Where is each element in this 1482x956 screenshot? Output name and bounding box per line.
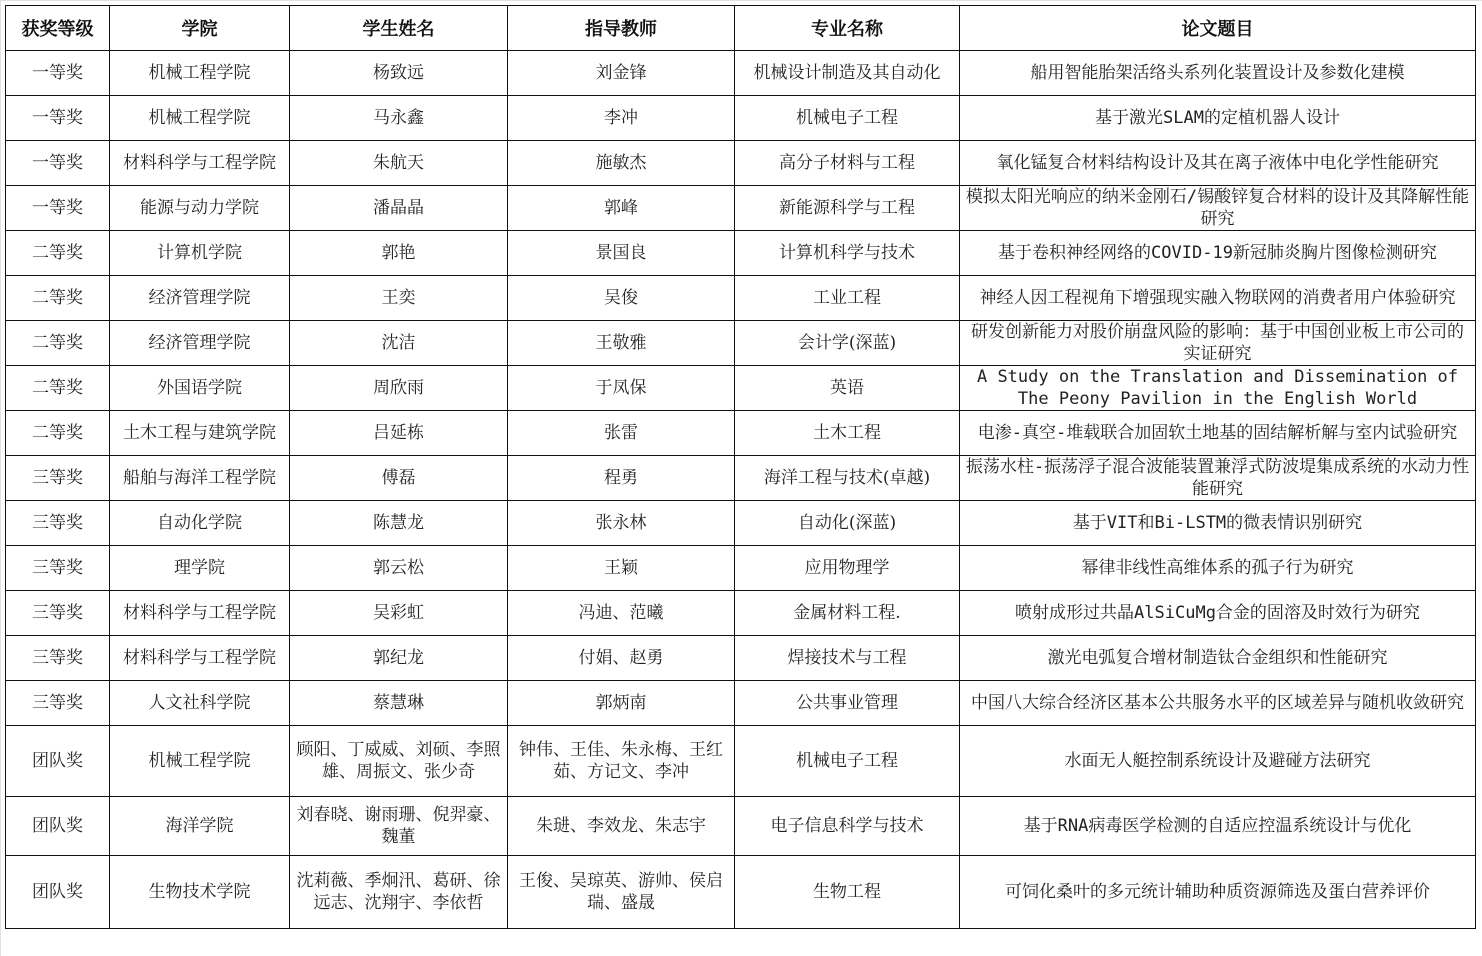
cell-award-level[interactable]: 二等奖: [6, 231, 110, 276]
cell-student-name[interactable]: 郭云松: [290, 546, 508, 591]
cell-student-name[interactable]: 傅磊: [290, 456, 508, 501]
cell-college[interactable]: 能源与动力学院: [110, 186, 290, 231]
cell-award-level[interactable]: 二等奖: [6, 411, 110, 456]
table-row: 三等奖 人文社科学院 蔡慧琳 郭炳南 公共事业管理 中国八大综合经济区基本公共服…: [6, 681, 1476, 726]
table-row: 二等奖 土木工程与建筑学院 吕延栋 张雷 土木工程 电渗-真空-堆载联合加固软土…: [6, 411, 1476, 456]
cell-award-level[interactable]: 三等奖: [6, 681, 110, 726]
cell-advisor[interactable]: 程勇: [508, 456, 735, 501]
cell-thesis-title[interactable]: 水面无人艇控制系统设计及避碰方法研究: [960, 726, 1476, 797]
cell-thesis-title[interactable]: 激光电弧复合增材制造钛合金组织和性能研究: [960, 636, 1476, 681]
table-row: 一等奖 机械工程学院 马永鑫 李冲 机械电子工程 基于激光SLAM的定植机器人设…: [6, 96, 1476, 141]
cell-thesis-title[interactable]: 氧化锰复合材料结构设计及其在离子液体中电化学性能研究: [960, 141, 1476, 186]
cell-thesis-title[interactable]: 基于VIT和Bi-LSTM的微表情识别研究: [960, 501, 1476, 546]
cell-major[interactable]: 生物工程: [735, 856, 960, 929]
cell-major[interactable]: 机械电子工程: [735, 96, 960, 141]
cell-award-level[interactable]: 一等奖: [6, 186, 110, 231]
cell-college[interactable]: 生物技术学院: [110, 856, 290, 929]
cell-major[interactable]: 土木工程: [735, 411, 960, 456]
cell-major[interactable]: 电子信息科学与技术: [735, 797, 960, 856]
cell-major[interactable]: 工业工程: [735, 276, 960, 321]
cell-college[interactable]: 船舶与海洋工程学院: [110, 456, 290, 501]
cell-student-name[interactable]: 周欣雨: [290, 366, 508, 411]
cell-major[interactable]: 机械电子工程: [735, 726, 960, 797]
cell-thesis-title[interactable]: 振荡水柱-振荡浮子混合波能装置兼浮式防波堤集成系统的水动力性能研究: [960, 456, 1476, 501]
table-row: 二等奖 经济管理学院 沈洁 王敬雅 会计学(深蓝) 研发创新能力对股价崩盘风险的…: [6, 321, 1476, 366]
cell-student-name[interactable]: 杨致远: [290, 51, 508, 96]
cell-advisor[interactable]: 郭炳南: [508, 681, 735, 726]
cell-major[interactable]: 自动化(深蓝): [735, 501, 960, 546]
cell-advisor[interactable]: 于凤保: [508, 366, 735, 411]
cell-student-name[interactable]: 朱航天: [290, 141, 508, 186]
cell-thesis-title[interactable]: 基于RNA病毒医学检测的自适应控温系统设计与优化: [960, 797, 1476, 856]
header-award-level[interactable]: 获奖等级: [6, 6, 110, 51]
cell-college[interactable]: 材料科学与工程学院: [110, 591, 290, 636]
cell-college[interactable]: 机械工程学院: [110, 51, 290, 96]
table-row: 团队奖 生物技术学院 沈莉薇、季炯汛、葛研、徐远志、沈翔宇、李依哲 王俊、吴琼英…: [6, 856, 1476, 929]
cell-major[interactable]: 机械设计制造及其自动化: [735, 51, 960, 96]
cell-thesis-title[interactable]: 中国八大综合经济区基本公共服务水平的区域差异与随机收敛研究: [960, 681, 1476, 726]
cell-thesis-title[interactable]: 可饲化桑叶的多元统计辅助种质资源筛选及蛋白营养评价: [960, 856, 1476, 929]
cell-award-level[interactable]: 团队奖: [6, 797, 110, 856]
cell-thesis-title[interactable]: 神经人因工程视角下增强现实融入物联网的消费者用户体验研究: [960, 276, 1476, 321]
cell-award-level[interactable]: 三等奖: [6, 456, 110, 501]
header-college[interactable]: 学院: [110, 6, 290, 51]
table-row: 团队奖 海洋学院 刘春晓、谢雨珊、倪羿豪、魏董 朱琎、李效龙、朱志宇 电子信息科…: [6, 797, 1476, 856]
cell-award-level[interactable]: 团队奖: [6, 726, 110, 797]
cell-student-name[interactable]: 潘晶晶: [290, 186, 508, 231]
table-row: 三等奖 材料科学与工程学院 吴彩虹 冯迪、范曦 金属材料工程. 喷射成形过共晶A…: [6, 591, 1476, 636]
header-thesis-title[interactable]: 论文题目: [960, 6, 1476, 51]
cell-student-name[interactable]: 马永鑫: [290, 96, 508, 141]
cell-advisor[interactable]: 吴俊: [508, 276, 735, 321]
header-advisor[interactable]: 指导教师: [508, 6, 735, 51]
cell-major[interactable]: 公共事业管理: [735, 681, 960, 726]
table-row: 团队奖 机械工程学院 顾阳、丁威威、刘硕、李照雄、周振文、张少奇 钟伟、王佳、朱…: [6, 726, 1476, 797]
cell-college[interactable]: 理学院: [110, 546, 290, 591]
cell-college[interactable]: 土木工程与建筑学院: [110, 411, 290, 456]
table-row: 二等奖 外国语学院 周欣雨 于凤保 英语 A Study on the Tran…: [6, 366, 1476, 411]
cell-advisor[interactable]: 张雷: [508, 411, 735, 456]
cell-award-level[interactable]: 三等奖: [6, 591, 110, 636]
cell-award-level[interactable]: 三等奖: [6, 501, 110, 546]
cell-award-level[interactable]: 二等奖: [6, 366, 110, 411]
cell-college[interactable]: 机械工程学院: [110, 96, 290, 141]
cell-advisor[interactable]: 王颖: [508, 546, 735, 591]
cell-thesis-title[interactable]: 研发创新能力对股价崩盘风险的影响：基于中国创业板上市公司的实证研究: [960, 321, 1476, 366]
cell-award-level[interactable]: 三等奖: [6, 546, 110, 591]
cell-college[interactable]: 材料科学与工程学院: [110, 141, 290, 186]
cell-college[interactable]: 材料科学与工程学院: [110, 636, 290, 681]
cell-major[interactable]: 英语: [735, 366, 960, 411]
cell-advisor[interactable]: 王敬雅: [508, 321, 735, 366]
table-row: 二等奖 经济管理学院 王奕 吴俊 工业工程 神经人因工程视角下增强现实融入物联网…: [6, 276, 1476, 321]
cell-student-name[interactable]: 郭艳: [290, 231, 508, 276]
cell-major[interactable]: 高分子材料与工程: [735, 141, 960, 186]
cell-college[interactable]: 自动化学院: [110, 501, 290, 546]
cell-student-name[interactable]: 顾阳、丁威威、刘硕、李照雄、周振文、张少奇: [290, 726, 508, 797]
awards-table: 获奖等级 学院 学生姓名 指导教师 专业名称 论文题目 一等奖 机械工程学院 杨…: [5, 5, 1476, 929]
cell-college[interactable]: 海洋学院: [110, 797, 290, 856]
table-row: 三等奖 理学院 郭云松 王颖 应用物理学 幂律非线性高维体系的孤子行为研究: [6, 546, 1476, 591]
cell-advisor[interactable]: 施敏杰: [508, 141, 735, 186]
cell-advisor[interactable]: 景国良: [508, 231, 735, 276]
cell-advisor[interactable]: 郭峰: [508, 186, 735, 231]
table-row: 一等奖 能源与动力学院 潘晶晶 郭峰 新能源科学与工程 模拟太阳光响应的纳米金刚…: [6, 186, 1476, 231]
cell-college[interactable]: 外国语学院: [110, 366, 290, 411]
cell-college[interactable]: 机械工程学院: [110, 726, 290, 797]
cell-student-name[interactable]: 吕延栋: [290, 411, 508, 456]
cell-thesis-title[interactable]: 船用智能胎架活络头系列化装置设计及参数化建模: [960, 51, 1476, 96]
cell-award-level[interactable]: 团队奖: [6, 856, 110, 929]
cell-award-level[interactable]: 一等奖: [6, 51, 110, 96]
cell-advisor[interactable]: 付娟、赵勇: [508, 636, 735, 681]
table-row: 一等奖 材料科学与工程学院 朱航天 施敏杰 高分子材料与工程 氧化锰复合材料结构…: [6, 141, 1476, 186]
cell-award-level[interactable]: 一等奖: [6, 96, 110, 141]
cell-college[interactable]: 计算机学院: [110, 231, 290, 276]
cell-advisor[interactable]: 王俊、吴琼英、游帅、侯启瑞、盛晟: [508, 856, 735, 929]
cell-major[interactable]: 新能源科学与工程: [735, 186, 960, 231]
table-row: 一等奖 机械工程学院 杨致远 刘金锋 机械设计制造及其自动化 船用智能胎架活络头…: [6, 51, 1476, 96]
cell-student-name[interactable]: 沈洁: [290, 321, 508, 366]
cell-thesis-title[interactable]: 电渗-真空-堆载联合加固软土地基的固结解析解与室内试验研究: [960, 411, 1476, 456]
cell-student-name[interactable]: 王奕: [290, 276, 508, 321]
cell-student-name[interactable]: 刘春晓、谢雨珊、倪羿豪、魏董: [290, 797, 508, 856]
cell-student-name[interactable]: 吴彩虹: [290, 591, 508, 636]
cell-college[interactable]: 经济管理学院: [110, 321, 290, 366]
cell-major[interactable]: 会计学(深蓝): [735, 321, 960, 366]
cell-thesis-title[interactable]: 基于卷积神经网络的COVID-19新冠肺炎胸片图像检测研究: [960, 231, 1476, 276]
cell-award-level[interactable]: 一等奖: [6, 141, 110, 186]
cell-college[interactable]: 经济管理学院: [110, 276, 290, 321]
table-row: 三等奖 船舶与海洋工程学院 傅磊 程勇 海洋工程与技术(卓越) 振荡水柱-振荡浮…: [6, 456, 1476, 501]
cell-thesis-title[interactable]: A Study on the Translation and Dissemina…: [960, 366, 1476, 411]
cell-advisor[interactable]: 朱琎、李效龙、朱志宇: [508, 797, 735, 856]
table-row: 二等奖 计算机学院 郭艳 景国良 计算机科学与技术 基于卷积神经网络的COVID…: [6, 231, 1476, 276]
cell-student-name[interactable]: 沈莉薇、季炯汛、葛研、徐远志、沈翔宇、李依哲: [290, 856, 508, 929]
cell-thesis-title[interactable]: 喷射成形过共晶AlSiCuMg合金的固溶及时效行为研究: [960, 591, 1476, 636]
cell-thesis-title[interactable]: 幂律非线性高维体系的孤子行为研究: [960, 546, 1476, 591]
table-row: 三等奖 自动化学院 陈慧龙 张永林 自动化(深蓝) 基于VIT和Bi-LSTM的…: [6, 501, 1476, 546]
cell-major[interactable]: 海洋工程与技术(卓越): [735, 456, 960, 501]
cell-thesis-title[interactable]: 模拟太阳光响应的纳米金刚石/锡酸锌复合材料的设计及其降解性能研究: [960, 186, 1476, 231]
cell-student-name[interactable]: 郭纪龙: [290, 636, 508, 681]
cell-award-level[interactable]: 三等奖: [6, 636, 110, 681]
cell-major[interactable]: 焊接技术与工程: [735, 636, 960, 681]
cell-advisor[interactable]: 李冲: [508, 96, 735, 141]
cell-advisor[interactable]: 钟伟、王佳、朱永梅、王红茹、方记文、李冲: [508, 726, 735, 797]
cell-college[interactable]: 人文社科学院: [110, 681, 290, 726]
header-major[interactable]: 专业名称: [735, 6, 960, 51]
table-row: 三等奖 材料科学与工程学院 郭纪龙 付娟、赵勇 焊接技术与工程 激光电弧复合增材…: [6, 636, 1476, 681]
cell-student-name[interactable]: 陈慧龙: [290, 501, 508, 546]
cell-student-name[interactable]: 蔡慧琳: [290, 681, 508, 726]
cell-major[interactable]: 计算机科学与技术: [735, 231, 960, 276]
table-header-row: 获奖等级 学院 学生姓名 指导教师 专业名称 论文题目: [6, 6, 1476, 51]
cell-advisor[interactable]: 刘金锋: [508, 51, 735, 96]
cell-advisor[interactable]: 张永林: [508, 501, 735, 546]
cell-thesis-title[interactable]: 基于激光SLAM的定植机器人设计: [960, 96, 1476, 141]
cell-major[interactable]: 金属材料工程.: [735, 591, 960, 636]
cell-advisor[interactable]: 冯迪、范曦: [508, 591, 735, 636]
cell-award-level[interactable]: 二等奖: [6, 321, 110, 366]
cell-award-level[interactable]: 二等奖: [6, 276, 110, 321]
header-student-name[interactable]: 学生姓名: [290, 6, 508, 51]
cell-major[interactable]: 应用物理学: [735, 546, 960, 591]
